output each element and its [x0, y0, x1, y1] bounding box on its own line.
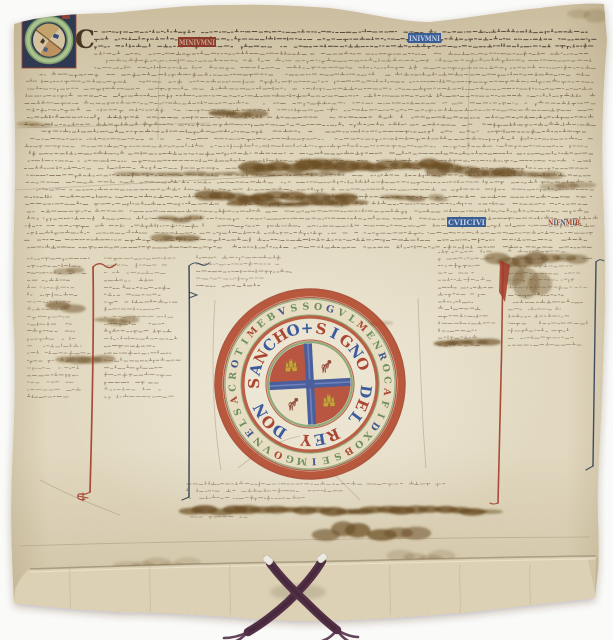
rota-inner-letter: Y — [300, 431, 313, 450]
opening-initial: C — [75, 25, 95, 54]
ink-stain — [406, 196, 426, 202]
rota-outer-letter: C — [381, 376, 392, 385]
rubric-mid-red: NIFNMIB — [548, 218, 580, 227]
ink-stain — [119, 316, 139, 323]
ink-stain — [341, 200, 369, 205]
ink-stain — [345, 523, 370, 538]
rota-inner-letter: S — [245, 378, 263, 389]
ink-stain — [175, 235, 201, 241]
rota-outer-letter: R — [227, 371, 239, 380]
rubric-top-blue: INIVMNI — [408, 33, 441, 43]
rubric-glyphs: NIFNMIB — [548, 218, 580, 227]
ink-stain — [583, 9, 607, 23]
charter-canvas: MINIVMNIINIVMNICVIICIVINIFNMIB C SOGVLME… — [0, 0, 613, 640]
ink-stain — [566, 254, 588, 264]
rubric-glyphs: CVIICIVI — [448, 218, 485, 227]
rubric-glyphs: INIVMNI — [409, 34, 440, 43]
manuscript-photo: MINIVMNIINIVMNICVIICIVINIFNMIB C SOGVLME… — [0, 0, 613, 640]
ink-stain — [401, 527, 431, 540]
ink-stain — [66, 267, 84, 273]
rota-outer-letter: S — [302, 301, 310, 312]
rubric-top-red: MINIVMNI — [178, 37, 216, 47]
parchment-surface: MINIVMNIINIVMNICVIICIVINIFNMIB C SOGVLME… — [0, 0, 613, 640]
ink-stain — [477, 510, 503, 514]
ink-stain — [477, 339, 501, 346]
rota-outer-letter: M — [296, 455, 308, 467]
ink-stain — [61, 304, 86, 312]
rota-outer-letter: C — [227, 384, 238, 393]
ink-stain — [184, 215, 204, 220]
rota-outer-letter: O — [313, 302, 322, 314]
rubric-glyphs: MINIVMNI — [179, 38, 215, 47]
ink-stain — [29, 123, 52, 127]
cord-fray — [322, 630, 337, 640]
ink-stain — [568, 182, 596, 188]
ink-stain — [434, 198, 449, 202]
ink-stain — [528, 273, 552, 296]
rondel-accent — [62, 13, 70, 19]
ink-stain — [320, 171, 346, 175]
ink-stain — [540, 171, 564, 179]
illuminated-rondel — [22, 12, 76, 68]
ink-stain — [92, 355, 116, 363]
rota-inner-letter: + — [300, 319, 314, 338]
rubric-mid-blue: CVIICIVI — [447, 217, 486, 227]
ink-stain — [243, 110, 269, 118]
